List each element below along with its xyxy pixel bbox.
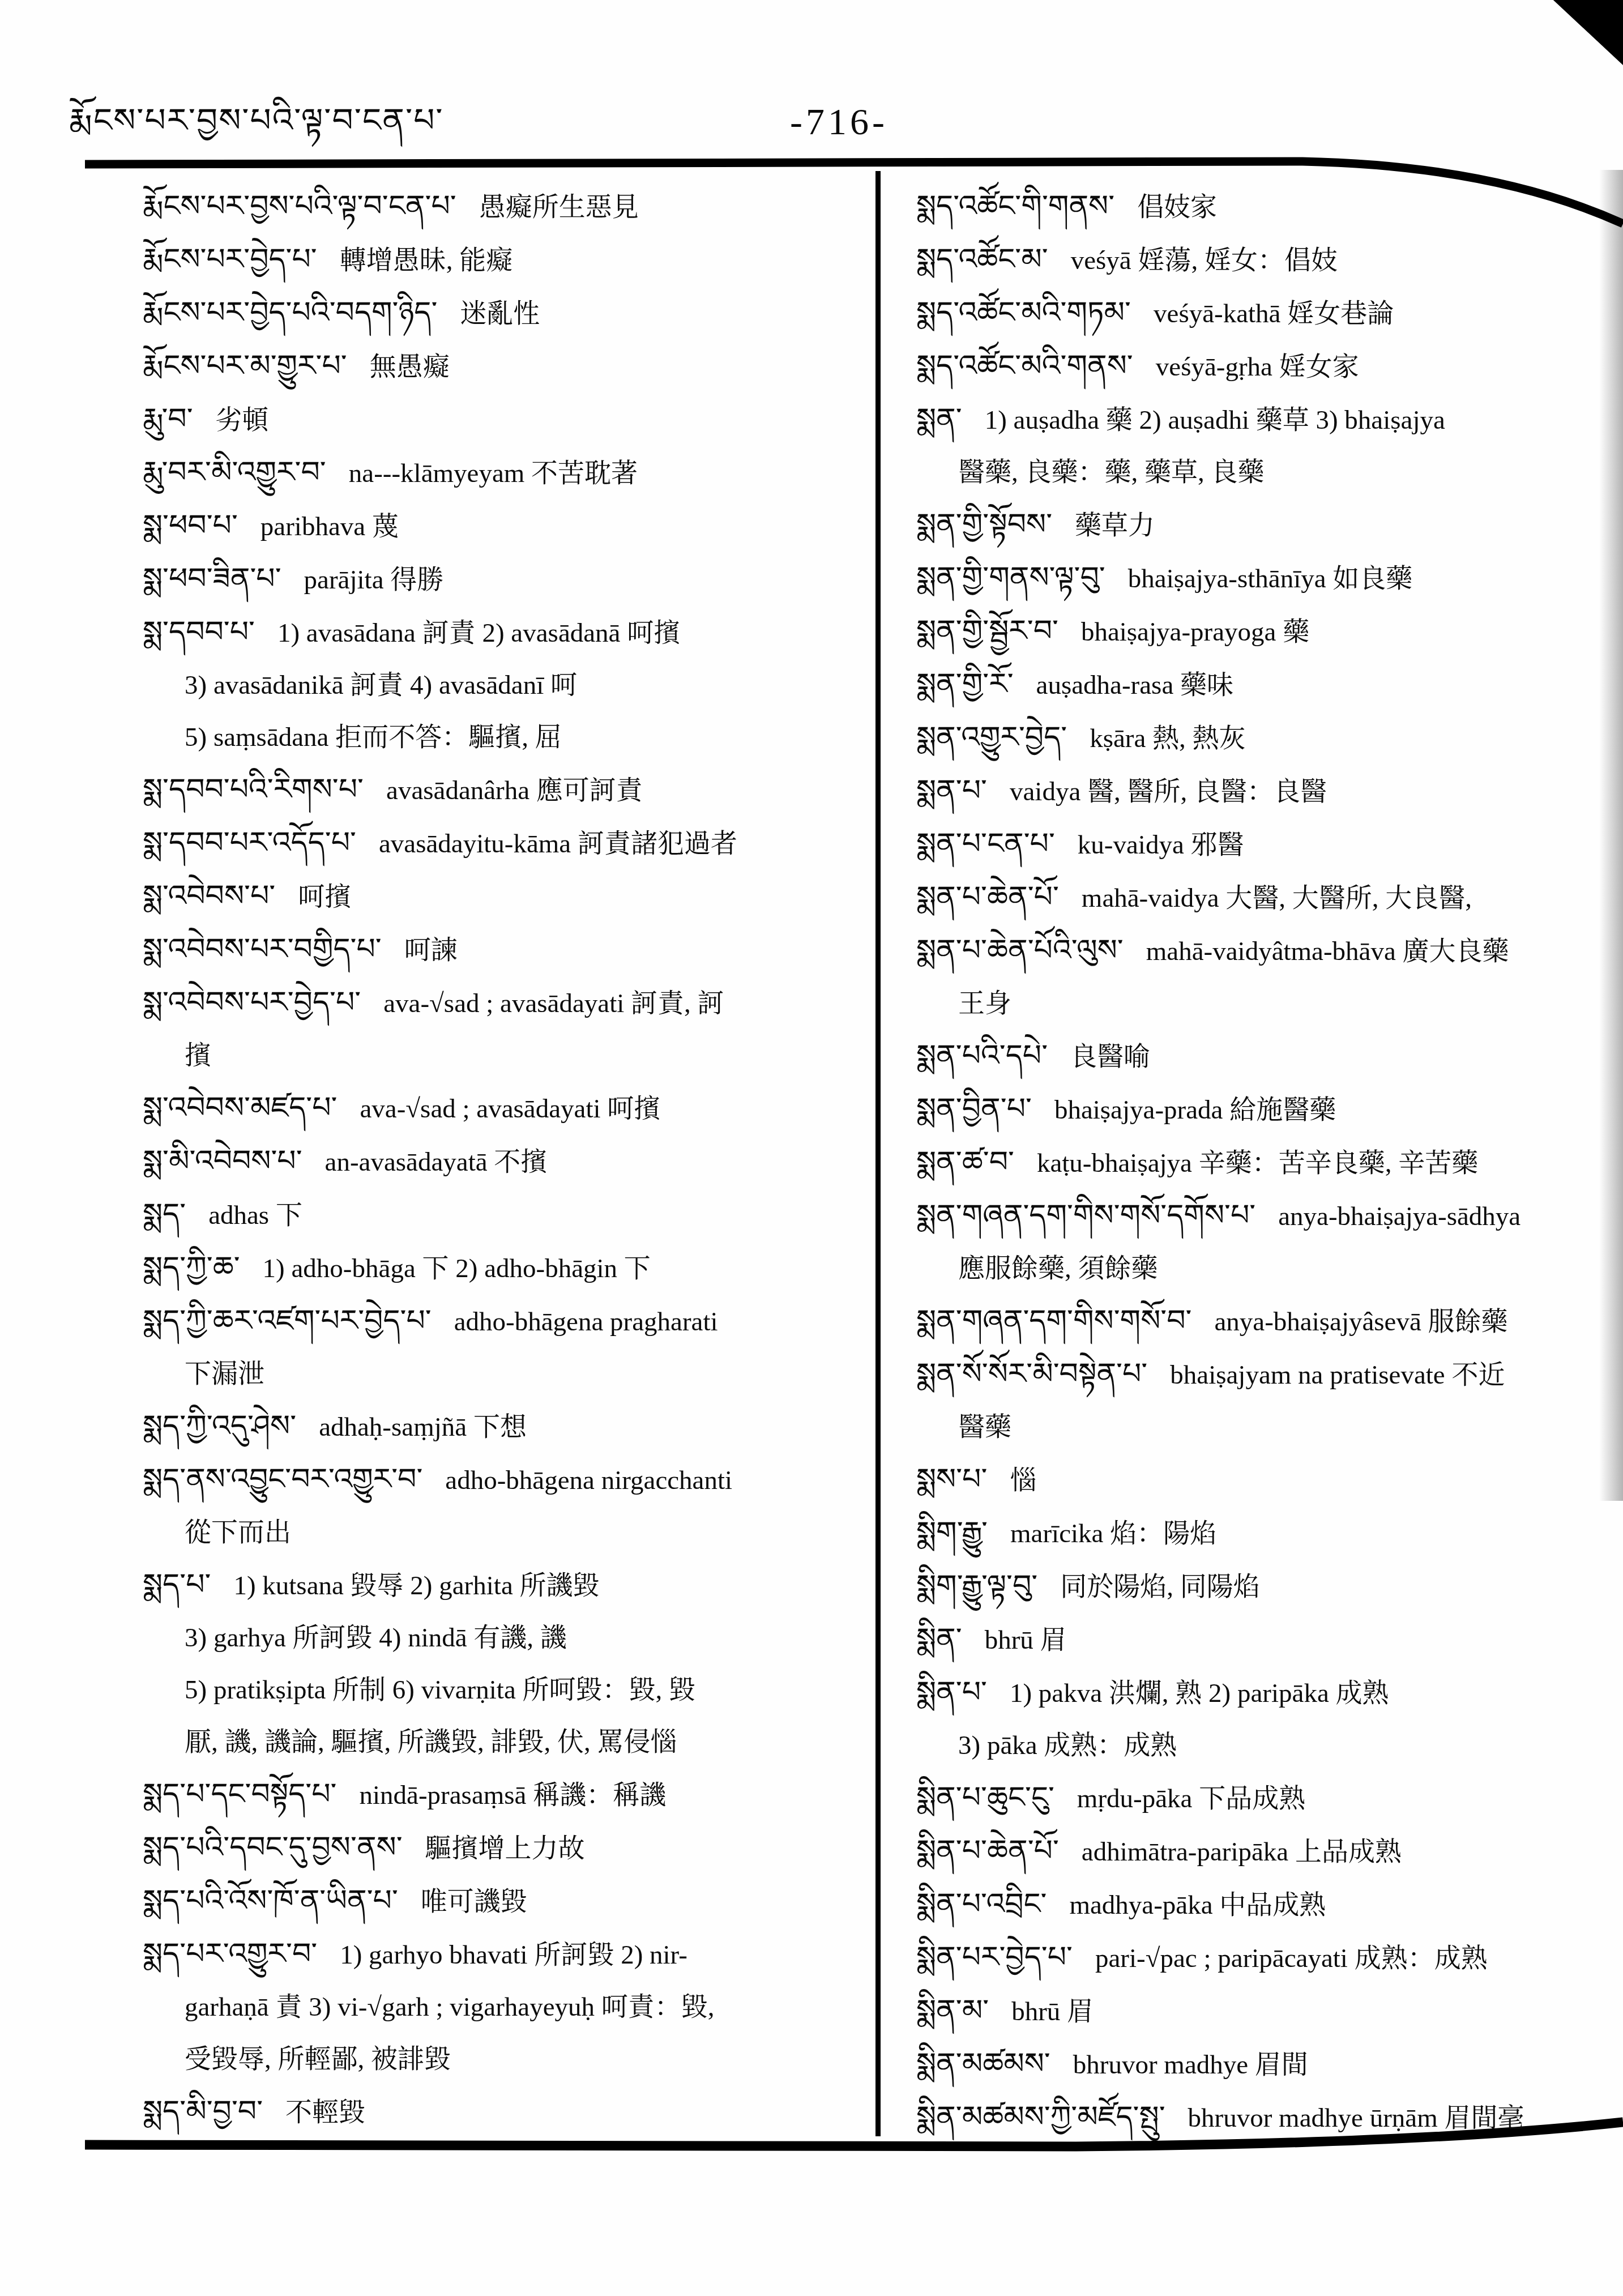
tibetan-headword: སྨིན་པ་ཆེན་པོ་ xyxy=(916,1834,1059,1868)
dict-entry: སྨན་པ་ཆེན་པོ་mahā-vaidya 大醫, 大醫所, 大良醫, xyxy=(916,871,1623,924)
dict-entry: རྨོངས་པར་བྱེད་པའི་བདག་ཉིད་迷亂性 xyxy=(143,287,873,340)
entry-definition: adhaḥ-saṃjñā 下想 xyxy=(319,1412,527,1442)
entry-first-line: སྨན་གྱི་གནས་ལྟ་བུ་bhaiṣajya-sthānīya 如良藥 xyxy=(916,552,1623,605)
entry-first-line: སྨིན་མ་bhrū 眉 xyxy=(916,1985,1623,2038)
entry-first-line: སྨ་འབེབས་མཛད་པ་ava-√sad ; avasādayati 呵擯 xyxy=(143,1082,873,1135)
entry-definition: 無愚癡 xyxy=(370,352,450,382)
dict-entry: སྨ་དབབ་པ་1) avasādana 訶責 2) avasādanā 呵擯… xyxy=(143,606,873,763)
entry-definition: bhrū 眉 xyxy=(985,1625,1067,1655)
tibetan-headword: སྨས་པ་ xyxy=(916,1462,987,1496)
dict-entry: སྨད་པའི་འོས་ཁོ་ན་ཡིན་པ་唯可譏毀 xyxy=(143,1875,873,1928)
entry-definition: na---klāmyeyam 不苦耽著 xyxy=(349,459,638,488)
dict-entry: སྨན་གྱི་སྟོབས་藥草力 xyxy=(916,498,1623,552)
entry-definition: 1) adho-bhāga 下 2) adho-bhāgin 下 xyxy=(263,1254,651,1283)
entry-continuation-line: 厭, 譏, 譏論, 驅擯, 所譏毀, 誹毀, 伏, 罵侵惱 xyxy=(143,1716,873,1768)
entry-definition: veśyā 婬蕩, 婬女：倡妓 xyxy=(1071,246,1338,275)
dict-entry: སྨིན་པ་འབྲིང་madhya-pāka 中品成熟 xyxy=(916,1878,1623,1931)
tibetan-headword: སྨད་ནས་འབྱུང་བར་འགྱུར་བ་ xyxy=(143,1462,422,1496)
entry-continuation-line: 下漏泄 xyxy=(143,1348,873,1400)
entry-first-line: སྨན་པ་vaidya 醫, 醫所, 良醫：良醫 xyxy=(916,765,1623,818)
entry-definition: bhruvor madhye 眉間 xyxy=(1073,2050,1308,2080)
tibetan-headword: སྨ་དབབ་པར་འདོད་པ་ xyxy=(143,826,356,860)
entry-first-line: སྨ་འབེབས་པར་བྱེད་པ་ava-√sad ; avasādayat… xyxy=(143,976,873,1030)
tibetan-headword: སྨད་པ་དང་བསྟོད་པ་ xyxy=(143,1777,337,1811)
tibetan-headword: སྨ་འབེབས་པར་བགྱིད་པ་ xyxy=(143,932,382,966)
entry-first-line: སྨད་ཀྱི་འདུ་ཤེས་adhaḥ-saṃjñā 下想 xyxy=(143,1400,873,1453)
entry-first-line: སྨན་སོ་སོར་མི་བསྟེན་པ་bhaiṣajyam na prat… xyxy=(916,1348,1623,1401)
dict-entry: སྨད་མི་བྱ་བ་不輕毀 xyxy=(143,2085,873,2139)
entry-definition: ava-√sad ; avasādayati 訶責, 訶 xyxy=(383,989,724,1018)
entry-first-line: སྨ་དབབ་པ་1) avasādana 訶責 2) avasādanā 呵擯 xyxy=(143,606,873,659)
entry-first-line: སྨ་ཕབ་ཟིན་པ་parājita 得勝 xyxy=(143,553,873,606)
dict-entry: སྨིན་པ་ཆུང་ངུ་mṛdu-pāka 下品成熟 xyxy=(916,1772,1623,1825)
dict-entry: སྨད་adhas 下 xyxy=(143,1188,873,1241)
entry-first-line: སྨན་པ་ངན་པ་ku-vaidya 邪醫 xyxy=(916,818,1623,871)
dict-entry: སྨ་ཕབ་ཟིན་པ་parājita 得勝 xyxy=(143,553,873,606)
tibetan-headword: སྨ་འབེབས་པར་བྱེད་པ་ xyxy=(143,985,361,1019)
tibetan-headword: སྨིན་པ་འབྲིང་ xyxy=(916,1887,1047,1921)
tibetan-headword: སྨ་དབབ་པའི་རིགས་པ་ xyxy=(143,773,364,806)
dict-entry: སྨིག་རྒྱུ་ལྟ་བུ་同於陽焰, 同陽焰 xyxy=(916,1560,1623,1613)
entry-first-line: སྨན་པ་ཆེན་པོ་mahā-vaidya 大醫, 大醫所, 大良醫, xyxy=(916,871,1623,924)
entry-definition: 同於陽焰, 同陽焰 xyxy=(1060,1572,1260,1602)
dict-entry: སྨན་གཞན་དག་གིས་གསོ་དགོས་པ་anya-bhaiṣajya… xyxy=(916,1189,1623,1295)
entry-first-line: སྨད་འཚོང་མའི་གནས་veśyā-gṛha 婬女家 xyxy=(916,340,1623,393)
entry-first-line: སྨན་གཞན་དག་གིས་གསོ་བ་anya-bhaiṣajyâsevā … xyxy=(916,1295,1623,1348)
entry-first-line: སྨད་མི་བྱ་བ་不輕毀 xyxy=(143,2085,873,2139)
entry-definition: auṣadha-rasa 藥味 xyxy=(1036,671,1233,700)
dict-entry: སྨིན་པ་1) pakva 洪爛, 熟 2) paripāka 成熟3) p… xyxy=(916,1666,1623,1772)
entry-first-line: སྨན་གྱི་སྟོབས་藥草力 xyxy=(916,498,1623,552)
dict-entry: སྨིན་པ་ཆེན་པོ་adhimātra-paripāka 上品成熟 xyxy=(916,1825,1623,1878)
dict-entry: སྨད་པ་1) kutsana 毀辱 2) garhita 所譏毀3) gar… xyxy=(143,1559,873,1768)
entry-first-line: སྨ་དབབ་པར་འདོད་པ་avasādayitu-kāma 訶責諸犯過者 xyxy=(143,817,873,870)
entry-definition: 轉增愚昧, 能癡 xyxy=(340,246,513,275)
entry-first-line: སྨད་འཚོང་གི་གནས་倡妓家 xyxy=(916,180,1623,233)
dict-entry: སྨིག་རྒྱུ་marīcika 焰：陽焰 xyxy=(916,1507,1623,1560)
entry-first-line: སྨད་པའི་འོས་ཁོ་ན་ཡིན་པ་唯可譏毀 xyxy=(143,1875,873,1928)
entry-first-line: སྨིག་རྒྱུ་ལྟ་བུ་同於陽焰, 同陽焰 xyxy=(916,1560,1623,1613)
dict-entry: སྨད་འཚོང་གི་གནས་倡妓家 xyxy=(916,180,1623,233)
tibetan-headword: སྨ་དབབ་པ་ xyxy=(143,615,255,649)
entry-first-line: སྨད་འཚོང་མའི་གཏམ་veśyā-kathā 婬女巷論 xyxy=(916,287,1623,340)
dict-entry: སྨན་འགྱུར་བྱེད་kṣāra 熱, 熱灰 xyxy=(916,711,1623,765)
entry-first-line: སྨན་ཚ་བ་kaṭu-bhaiṣajya 辛藥：苦辛良藥, 辛苦藥 xyxy=(916,1136,1623,1189)
tibetan-headword: སྨ་ཕབ་ཟིན་པ་ xyxy=(143,562,281,596)
entry-definition: 迷亂性 xyxy=(460,299,540,328)
dict-entry: སྨིན་མ་bhrū 眉 xyxy=(916,1985,1623,2038)
entry-continuation-line: 擯 xyxy=(143,1030,873,1082)
tibetan-headword: སྨིག་རྒྱུ་ལྟ་བུ་ xyxy=(916,1569,1037,1603)
entry-first-line: སྨིག་རྒྱུ་marīcika 焰：陽焰 xyxy=(916,1507,1623,1560)
dict-entry: རྨུ་བར་མི་འགྱུར་བ་na---klāmyeyam 不苦耽著 xyxy=(143,446,873,500)
dict-entry: སྨད་ཀྱི་འདུ་ཤེས་adhaḥ-saṃjñā 下想 xyxy=(143,1400,873,1453)
entry-first-line: སྨིན་མཚམས་bhruvor madhye 眉間 xyxy=(916,2038,1623,2091)
dict-entry: རྨོངས་པར་མ་གྱུར་པ་無愚癡 xyxy=(143,340,873,393)
entry-definition: madhya-pāka 中品成熟 xyxy=(1069,1890,1326,1920)
entry-definition: adhimātra-paripāka 上品成熟 xyxy=(1082,1837,1402,1867)
entry-first-line: སྨིན་མཚམས་ཀྱི་མཛོད་སྤུ་bhruvor madhye ūr… xyxy=(916,2091,1623,2144)
entry-definition: 1) auṣadha 藥 2) auṣadhi 藥草 3) bhaiṣajya xyxy=(985,406,1445,435)
entry-first-line: སྨ་ཕབ་པ་paribhava 蔑 xyxy=(143,500,873,553)
entry-definition: kṣāra 熱, 熱灰 xyxy=(1090,724,1245,753)
tibetan-headword: སྨ་འབེབས་པ་ xyxy=(143,879,275,913)
tibetan-headword: སྨན་གྱི་གནས་ལྟ་བུ་ xyxy=(916,561,1105,595)
tibetan-headword: སྨན་པ་ xyxy=(916,774,987,808)
entry-definition: anya-bhaiṣajyâsevā 服餘藥 xyxy=(1214,1307,1507,1337)
entry-first-line: སྨ་འབེབས་པ་呵擯 xyxy=(143,870,873,923)
tibetan-headword: སྨད་པར་འགྱུར་བ་ xyxy=(143,1937,317,1971)
tibetan-headword: སྨན་གྱི་སྦྱོར་བ་ xyxy=(916,614,1058,648)
entry-continuation-line: 受毀辱, 所輕鄙, 被誹毀 xyxy=(143,2033,873,2085)
entry-first-line: སྨན་གྱི་སྦྱོར་བ་bhaiṣajya-prayoga 藥 xyxy=(916,605,1623,658)
dict-entry: སྨིན་མཚམས་bhruvor madhye 眉間 xyxy=(916,2038,1623,2091)
dict-entry: སྨན་གྱི་སྦྱོར་བ་bhaiṣajya-prayoga 藥 xyxy=(916,605,1623,658)
entry-first-line: སྨན་པ་ཆེན་པོའི་ལུས་mahā-vaidyâtma-bhāva … xyxy=(916,924,1623,978)
entry-first-line: སྨན་གྱི་རོ་auṣadha-rasa 藥味 xyxy=(916,658,1623,711)
entry-first-line: སྨིན་པ་1) pakva 洪爛, 熟 2) paripāka 成熟 xyxy=(916,1666,1623,1719)
dict-entry: སྨན་གྱི་གནས་ལྟ་བུ་bhaiṣajya-sthānīya 如良藥 xyxy=(916,552,1623,605)
entry-continuation-line: 王身 xyxy=(916,978,1623,1030)
tibetan-headword: སྨད་འཚོང་གི་གནས་ xyxy=(916,189,1114,223)
entry-first-line: སྨན་གཞན་དག་གིས་གསོ་དགོས་པ་anya-bhaiṣajya… xyxy=(916,1189,1623,1243)
entry-definition: 唯可譏毀 xyxy=(421,1887,527,1917)
entry-first-line: སྨད་ཀྱི་ཆར་འཛག་པར་བྱེད་པ་adho-bhāgena pr… xyxy=(143,1295,873,1348)
entry-definition: 1) pakva 洪爛, 熟 2) paripāka 成熟 xyxy=(1010,1679,1389,1708)
tibetan-headword: སྨིན་ xyxy=(916,1622,962,1656)
entry-definition: 1) kutsana 毀辱 2) garhita 所譏毀 xyxy=(233,1571,599,1601)
entry-definition: bhruvor madhye ūrṇām 眉間毫 xyxy=(1188,2103,1524,2133)
tibetan-headword: སྨིན་པར་བྱེད་པ་ xyxy=(916,1940,1073,1974)
tibetan-headword: རྨུ་བ་ xyxy=(143,402,193,436)
entry-definition: vaidya 醫, 醫所, 良醫：良醫 xyxy=(1010,777,1327,806)
entry-definition: 呵擯 xyxy=(298,882,351,912)
dict-entry: སྨ་ཕབ་པ་paribhava 蔑 xyxy=(143,500,873,553)
entry-definition: 愚癡所生惡見 xyxy=(479,193,639,222)
entry-first-line: སྨ་དབབ་པའི་རིགས་པ་avasādanârha 應可訶責 xyxy=(143,763,873,817)
dict-entry: སྨིན་bhrū 眉 xyxy=(916,1613,1623,1666)
entry-definition: 劣頓 xyxy=(216,406,269,435)
tibetan-headword: སྨིན་མཚམས་ xyxy=(916,2047,1050,2081)
left-column: རྨོངས་པར་བྱས་པའི་ལྟ་བ་ངན་པ་愚癡所生惡見རྨོངས་པ… xyxy=(143,180,873,2139)
entry-continuation-line: 3) pāka 成熟：成熟 xyxy=(916,1719,1623,1772)
entry-first-line: རྨོངས་པར་བྱེད་པའི་བདག་ཉིད་迷亂性 xyxy=(143,287,873,340)
tibetan-headword: སྨིན་མཚམས་ཀྱི་མཛོད་སྤུ་ xyxy=(916,2100,1165,2134)
entry-first-line: སྨད་འཚོང་མ་veśyā 婬蕩, 婬女：倡妓 xyxy=(916,233,1623,287)
entry-definition: 惱 xyxy=(1010,1466,1036,1495)
entry-continuation-line: 從下而出 xyxy=(143,1507,873,1559)
tibetan-headword: སྨ་མི་འབེབས་པ་ xyxy=(143,1144,302,1178)
tibetan-headword: སྨན་འགྱུར་བྱེད་ xyxy=(916,720,1067,754)
tibetan-headword: སྨན་བྱིན་པ་ xyxy=(916,1092,1032,1126)
entry-definition: 倡妓家 xyxy=(1137,193,1217,222)
tibetan-headword: སྨན་གཞན་དག་གིས་གསོ་བ་ xyxy=(916,1304,1191,1338)
tibetan-headword: སྨད་ཀྱི་ཆར་འཛག་པར་བྱེད་པ་ xyxy=(143,1304,432,1338)
dict-entry: སྨད་ནས་འབྱུང་བར་འགྱུར་བ་adho-bhāgena nir… xyxy=(143,1453,873,1559)
entry-first-line: སྨ་འབེབས་པར་བགྱིད་པ་呵諫 xyxy=(143,923,873,976)
entry-first-line: རྨུ་བ་劣頓 xyxy=(143,393,873,446)
entry-continuation-line: 5) saṃsādana 拒而不答：驅擯, 屈 xyxy=(143,711,873,763)
tibetan-headword: སྨད་འཚོང་མའི་གནས་ xyxy=(916,349,1133,383)
entry-first-line: སྨད་adhas 下 xyxy=(143,1188,873,1241)
dict-entry: སྨ་འབེབས་པར་བྱེད་པ་ava-√sad ; avasādayat… xyxy=(143,976,873,1082)
scan-corner-artifact xyxy=(1544,0,1623,65)
tibetan-headword: སྨིག་རྒྱུ་ xyxy=(916,1516,988,1550)
entry-definition: an-avasādayatā 不擯 xyxy=(325,1147,548,1177)
tibetan-headword: རྨོངས་པར་བྱེད་པའི་བདག་ཉིད་ xyxy=(143,296,437,330)
tibetan-headword: སྨིན་མ་ xyxy=(916,1994,989,2028)
tibetan-headword: སྨ་ཕབ་པ་ xyxy=(143,509,238,543)
entry-definition: 不輕毀 xyxy=(285,2098,365,2127)
dict-entry: སྨན་སོ་སོར་མི་བསྟེན་པ་bhaiṣajyam na prat… xyxy=(916,1348,1623,1453)
dict-entry: སྨན་གཞན་དག་གིས་གསོ་བ་anya-bhaiṣajyâsevā … xyxy=(916,1295,1623,1348)
entry-first-line: སྨད་ནས་འབྱུང་བར་འགྱུར་བ་adho-bhāgena nir… xyxy=(143,1453,873,1507)
dict-entry: སྨད་པ་དང་བསྟོད་པ་nindā-prasaṃsā 稱譏：稱譏 xyxy=(143,1768,873,1821)
entry-first-line: སྨིན་པ་འབྲིང་madhya-pāka 中品成熟 xyxy=(916,1878,1623,1931)
entry-continuation-line: 醫藥 xyxy=(916,1401,1623,1453)
entry-definition: mahā-vaidyâtma-bhāva 廣大良藥 xyxy=(1146,937,1509,966)
dict-entry: སྨད་འཚོང་མའི་གཏམ་veśyā-kathā 婬女巷論 xyxy=(916,287,1623,340)
entry-first-line: སྨད་པ་དང་བསྟོད་པ་nindā-prasaṃsā 稱譏：稱譏 xyxy=(143,1768,873,1821)
dict-entry: སྨད་ཀྱི་ཆར་འཛག་པར་བྱེད་པ་adho-bhāgena pr… xyxy=(143,1295,873,1400)
entry-first-line: རྨོངས་པར་བྱེད་པ་轉增愚昧, 能癡 xyxy=(143,233,873,287)
entry-definition: adho-bhāgena nirgacchanti xyxy=(445,1466,732,1495)
entry-definition: parājita 得勝 xyxy=(304,565,444,595)
entry-definition: mahā-vaidya 大醫, 大醫所, 大良醫, xyxy=(1082,884,1472,913)
entry-continuation-line: 醫藥, 良藥：藥, 藥草, 良藥 xyxy=(916,446,1623,498)
tibetan-headword: སྨིན་པ་ཆུང་ངུ་ xyxy=(916,1781,1054,1815)
tibetan-headword: སྨན་གྱི་རོ་ xyxy=(916,667,1014,701)
entry-definition: adhas 下 xyxy=(208,1201,302,1230)
tibetan-headword: སྨད་ཀྱི་འདུ་ཤེས་ xyxy=(143,1409,296,1443)
entry-definition: ku-vaidya 邪醫 xyxy=(1078,830,1244,860)
entry-first-line: སྨད་པར་འགྱུར་བ་1) garhyo bhavati 所訶毀 2) … xyxy=(143,1928,873,1981)
dict-entry: སྨད་པར་འགྱུར་བ་1) garhyo bhavati 所訶毀 2) … xyxy=(143,1928,873,2085)
entry-definition: bhaiṣajya-sthānīya 如良藥 xyxy=(1128,564,1413,594)
entry-continuation-line: 應服餘藥, 須餘藥 xyxy=(916,1243,1623,1295)
dict-entry: སྨད་ཀྱི་ཆ་1) adho-bhāga 下 2) adho-bhāgin… xyxy=(143,1241,873,1295)
dict-entry: སྨ་འབེབས་མཛད་པ་ava-√sad ; avasādayati 呵擯 xyxy=(143,1082,873,1135)
entry-definition: ava-√sad ; avasādayati 呵擯 xyxy=(360,1094,660,1124)
dict-entry: སྨན་ཚ་བ་kaṭu-bhaiṣajya 辛藥：苦辛良藥, 辛苦藥 xyxy=(916,1136,1623,1189)
entry-first-line: སྨིན་པ་ཆེན་པོ་adhimātra-paripāka 上品成熟 xyxy=(916,1825,1623,1878)
entry-first-line: རྨུ་བར་མི་འགྱུར་བ་na---klāmyeyam 不苦耽著 xyxy=(143,446,873,500)
dict-entry: སྨན་པ་ཆེན་པོའི་ལུས་mahā-vaidyâtma-bhāva … xyxy=(916,924,1623,1030)
tibetan-headword: སྨད་འཚོང་མ་ xyxy=(916,242,1048,276)
tibetan-headword: སྨིན་པ་ xyxy=(916,1675,987,1709)
dict-entry: སྨན་པ་ངན་པ་ku-vaidya 邪醫 xyxy=(916,818,1623,871)
entry-first-line: སྨད་པ་1) kutsana 毀辱 2) garhita 所譏毀 xyxy=(143,1559,873,1612)
right-column: སྨད་འཚོང་གི་གནས་倡妓家སྨད་འཚོང་མ་veśyā 婬蕩, … xyxy=(916,180,1623,2144)
entry-definition: bhaiṣajya-prada 給施醫藥 xyxy=(1054,1095,1336,1125)
page-number: -716- xyxy=(790,101,888,144)
tibetan-headword: སྨན་པའི་དཔེ་ xyxy=(916,1039,1048,1073)
entry-first-line: སྨས་པ་惱 xyxy=(916,1453,1623,1507)
tibetan-headword: སྨན་གྱི་སྟོབས་ xyxy=(916,507,1052,541)
entry-continuation-line: garhaṇā 責 3) vi-√garh ; vigarhayeyuḥ 呵責：… xyxy=(143,1981,873,2033)
dict-entry: སྨད་པའི་དབང་དུ་བྱས་ནས་驅擯增上力故 xyxy=(143,1821,873,1875)
tibetan-headword: སྨན་པ་ཆེན་པོ་ xyxy=(916,880,1059,914)
entry-continuation-line: 5) pratikṣipta 所制 6) vivarṇita 所呵毀：毀, 毀 xyxy=(143,1664,873,1716)
dict-entry: སྨིན་མཚམས་ཀྱི་མཛོད་སྤུ་bhruvor madhye ūr… xyxy=(916,2091,1623,2144)
entry-first-line: རྨོངས་པར་བྱས་པའི་ལྟ་བ་ངན་པ་愚癡所生惡見 xyxy=(143,180,873,233)
entry-definition: veśyā-kathā 婬女巷論 xyxy=(1154,299,1394,328)
tibetan-headword: རྨོངས་པར་མ་གྱུར་པ་ xyxy=(143,349,347,383)
entry-first-line: སྨན་པའི་དཔེ་良醫喻 xyxy=(916,1030,1623,1083)
entry-definition: pari-√pac ; paripācayati 成熟：成熟 xyxy=(1095,1944,1488,1973)
tibetan-headword: སྨད་པ་ xyxy=(143,1568,211,1602)
entry-definition: adho-bhāgena pragharati xyxy=(454,1307,718,1337)
tibetan-headword: སྨན་ xyxy=(916,402,962,436)
entry-first-line: སྨན་བྱིན་པ་bhaiṣajya-prada 給施醫藥 xyxy=(916,1083,1623,1136)
entry-definition: marīcika 焰：陽焰 xyxy=(1010,1519,1216,1548)
tibetan-headword: སྨད་པའི་འོས་ཁོ་ན་ཡིན་པ་ xyxy=(143,1884,398,1918)
entry-definition: veśyā-gṛha 婬女家 xyxy=(1156,352,1359,382)
tibetan-headword: སྨད་འཚོང་མའི་གཏམ་ xyxy=(916,296,1131,330)
dict-entry: སྨན་པའི་དཔེ་良醫喻 xyxy=(916,1030,1623,1083)
column-divider xyxy=(875,171,881,2136)
tibetan-headword: སྨན་ཚ་བ་ xyxy=(916,1145,1014,1179)
tibetan-headword: རྨུ་བར་མི་འགྱུར་བ་ xyxy=(143,455,326,489)
entry-first-line: སྨད་པའི་དབང་དུ་བྱས་ནས་驅擯增上力故 xyxy=(143,1821,873,1875)
entry-definition: bhaiṣajya-prayoga 藥 xyxy=(1081,617,1309,647)
dict-entry: སྨ་མི་འབེབས་པ་an-avasādayatā 不擯 xyxy=(143,1135,873,1188)
tibetan-headword: སྨད་ཀྱི་ཆ་ xyxy=(143,1251,240,1284)
entry-definition: 呵諫 xyxy=(404,936,458,965)
dict-entry: སྨད་འཚོང་མ་veśyā 婬蕩, 婬女：倡妓 xyxy=(916,233,1623,287)
entry-first-line: སྨད་ཀྱི་ཆ་1) adho-bhāga 下 2) adho-bhāgin… xyxy=(143,1241,873,1295)
entry-definition: 1) avasādana 訶責 2) avasādanā 呵擯 xyxy=(277,618,680,648)
tibetan-headword: སྨ་འབེབས་མཛད་པ་ xyxy=(143,1091,337,1125)
entry-first-line: སྨིན་པ་ཆུང་ངུ་mṛdu-pāka 下品成熟 xyxy=(916,1772,1623,1825)
entry-definition: paribhava 蔑 xyxy=(260,512,399,541)
entry-definition: 良醫喻 xyxy=(1070,1042,1150,1072)
entry-definition: 藥草力 xyxy=(1075,511,1155,540)
entry-first-line: སྨིན་པར་བྱེད་པ་pari-√pac ; paripācayati … xyxy=(916,1931,1623,1985)
entry-definition: mṛdu-pāka 下品成熟 xyxy=(1077,1784,1305,1813)
dict-entry: སྨན་གྱི་རོ་auṣadha-rasa 藥味 xyxy=(916,658,1623,711)
dict-entry: སྨ་དབབ་པར་འདོད་པ་avasādayitu-kāma 訶責諸犯過者 xyxy=(143,817,873,870)
dict-entry: སྨ་འབེབས་པར་བགྱིད་པ་呵諫 xyxy=(143,923,873,976)
tibetan-headword: རྨོངས་པར་བྱེད་པ་ xyxy=(143,242,317,276)
dict-entry: སྨ་དབབ་པའི་རིགས་པ་avasādanârha 應可訶責 xyxy=(143,763,873,817)
entry-first-line: སྨན་1) auṣadha 藥 2) auṣadhi 藥草 3) bhaiṣa… xyxy=(916,393,1623,446)
dict-entry: སྨན་1) auṣadha 藥 2) auṣadhi 藥草 3) bhaiṣa… xyxy=(916,393,1623,498)
entry-first-line: སྨན་འགྱུར་བྱེད་kṣāra 熱, 熱灰 xyxy=(916,711,1623,765)
entry-definition: nindā-prasaṃsā 稱譏：稱譏 xyxy=(360,1781,667,1810)
dict-entry: སྨད་འཚོང་མའི་གནས་veśyā-gṛha 婬女家 xyxy=(916,340,1623,393)
tibetan-headword: སྨན་གཞན་དག་གིས་གསོ་དགོས་པ་ xyxy=(916,1198,1255,1232)
dict-entry: སྨིན་པར་བྱེད་པ་pari-√pac ; paripācayati … xyxy=(916,1931,1623,1985)
entry-continuation-line: 3) avasādanikā 訶責 4) avasādanī 呵 xyxy=(143,659,873,711)
dict-entry: སྨན་པ་vaidya 醫, 醫所, 良醫：良醫 xyxy=(916,765,1623,818)
tibetan-headword: སྨན་པ་ཆེན་པོའི་ལུས་ xyxy=(916,933,1124,967)
entry-definition: 1) garhyo bhavati 所訶毀 2) nir- xyxy=(340,1940,687,1970)
tibetan-headword: སྨད་མི་བྱ་བ་ xyxy=(143,2094,263,2128)
entry-definition: kaṭu-bhaiṣajya 辛藥：苦辛良藥, 辛苦藥 xyxy=(1037,1149,1478,1178)
dict-entry: སྨ་འབེབས་པ་呵擯 xyxy=(143,870,873,923)
dict-entry: རྨུ་བ་劣頓 xyxy=(143,393,873,446)
entry-definition: 驅擯增上力故 xyxy=(425,1834,585,1863)
entry-definition: avasādayitu-kāma 訶責諸犯過者 xyxy=(379,829,737,859)
entry-first-line: རྨོངས་པར་མ་གྱུར་པ་無愚癡 xyxy=(143,340,873,393)
entry-first-line: སྨ་མི་འབེབས་པ་an-avasādayatā 不擯 xyxy=(143,1135,873,1188)
dict-entry: སྨས་པ་惱 xyxy=(916,1453,1623,1507)
entry-definition: anya-bhaiṣajya-sādhya xyxy=(1278,1202,1521,1231)
entry-definition: avasādanârha 應可訶責 xyxy=(386,776,643,805)
dict-entry: སྨན་བྱིན་པ་bhaiṣajya-prada 給施醫藥 xyxy=(916,1083,1623,1136)
tibetan-headword: སྨན་སོ་སོར་མི་བསྟེན་པ་ xyxy=(916,1357,1147,1391)
tibetan-headword: སྨད་པའི་དབང་དུ་བྱས་ནས་ xyxy=(143,1830,403,1864)
entry-first-line: སྨིན་bhrū 眉 xyxy=(916,1613,1623,1666)
tibetan-headword: སྨན་པ་ངན་པ་ xyxy=(916,827,1055,861)
tibetan-headword: རྨོངས་པར་བྱས་པའི་ལྟ་བ་ངན་པ་ xyxy=(143,189,456,223)
entry-definition: bhrū 眉 xyxy=(1011,1997,1094,2026)
dict-entry: རྨོངས་པར་བྱས་པའི་ལྟ་བ་ངན་པ་愚癡所生惡見 xyxy=(143,180,873,233)
entry-continuation-line: 3) garhya 所訶毀 4) nindā 有譏, 譏 xyxy=(143,1612,873,1664)
tibetan-headword: སྨད་ xyxy=(143,1197,186,1231)
entry-definition: bhaiṣajyam na pratisevate 不近 xyxy=(1170,1360,1505,1390)
dict-entry: རྨོངས་པར་བྱེད་པ་轉增愚昧, 能癡 xyxy=(143,233,873,287)
